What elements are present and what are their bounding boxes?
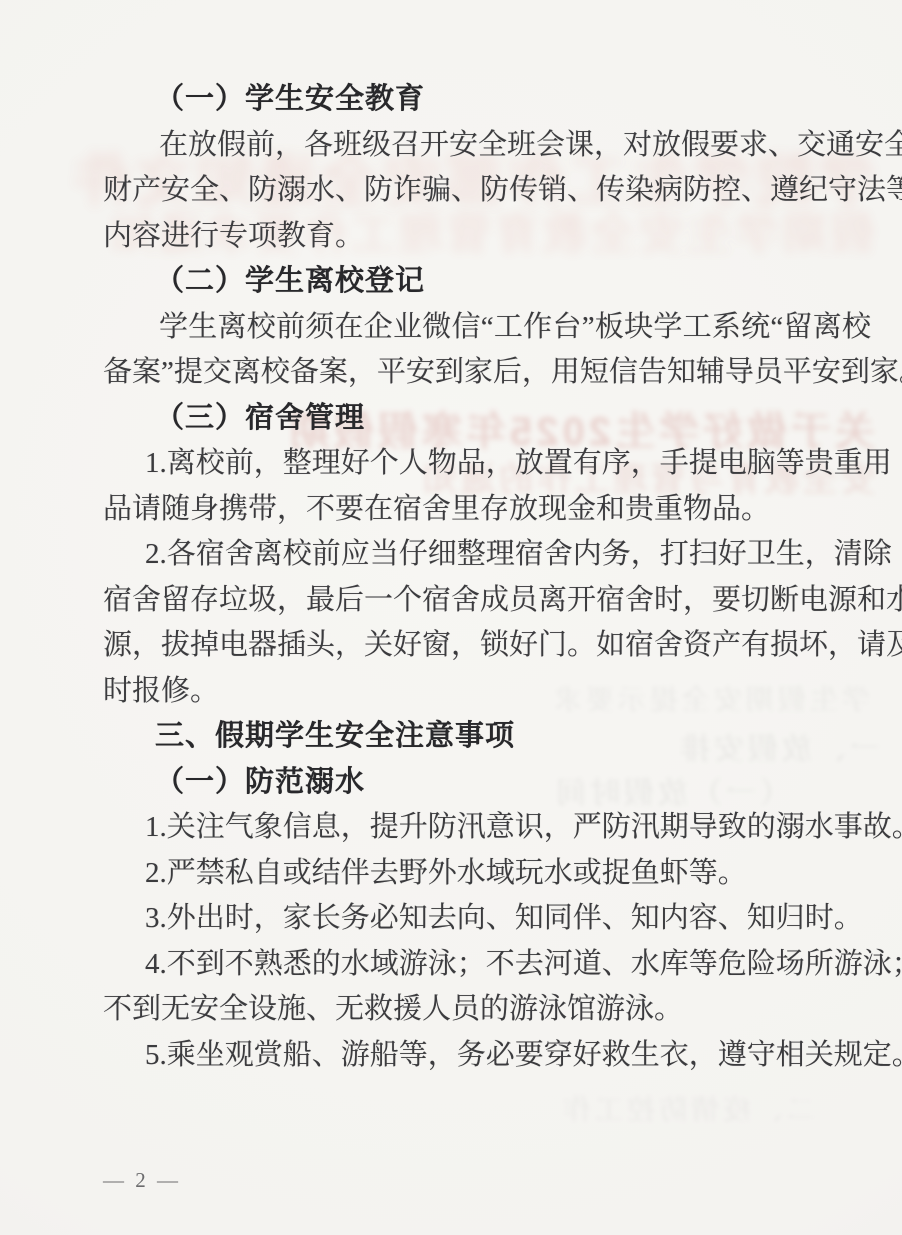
doc-line: 品请随身携带，不要在宿舍里存放现金和贵重物品。 <box>103 487 871 533</box>
doc-line: 在放假前，各班级召开安全班会课，对放假要求、交通安全、 <box>103 123 871 169</box>
doc-line: 宿舍留存垃圾，最后一个宿舍成员离开宿舍时，要切断电源和水 <box>103 578 871 624</box>
scanned-document-page: 学院学生工作部安全通知文件假期学生安全教育管理工作要求通知关于做好学生2025年… <box>0 0 902 1235</box>
doc-line: 4.不到不熟悉的水域游泳；不去河道、水库等危险场所游泳； <box>103 942 871 988</box>
doc-line: 备案”提交离校备案，平安到家后，用短信告知辅导员平安到家。 <box>103 350 871 396</box>
doc-heading: 三、假期学生安全注意事项 <box>103 714 871 760</box>
doc-line: 3.外出时，家长务必知去向、知同伴、知内容、知归时。 <box>103 896 871 942</box>
document-content: （一）学生安全教育在放假前，各班级召开安全班会课，对放假要求、交通安全、财产安全… <box>103 77 871 1078</box>
doc-line: 2.各宿舍离校前应当仔细整理宿舍内务，打扫好卫生，清除 <box>103 532 871 578</box>
doc-heading: （二）学生离校登记 <box>103 259 871 305</box>
page-number: — 2 — <box>103 1168 181 1193</box>
bleedthrough-text: 二、疫情防控工作 <box>505 1088 815 1128</box>
doc-heading: （三）宿舍管理 <box>103 396 871 442</box>
doc-line: 2.严禁私自或结伴去野外水域玩水或捉鱼虾等。 <box>103 851 871 897</box>
doc-line: 不到无安全设施、无救援人员的游泳馆游泳。 <box>103 987 871 1033</box>
doc-line: 时报修。 <box>103 669 871 715</box>
doc-heading: （一）防范溺水 <box>103 760 871 806</box>
doc-line: 1.离校前，整理好个人物品，放置有序，手提电脑等贵重用 <box>103 441 871 487</box>
doc-line: 1.关注气象信息，提升防汛意识，严防汛期导致的溺水事故。 <box>103 805 871 851</box>
doc-line: 源，拔掉电器插头，关好窗，锁好门。如宿舍资产有损坏，请及 <box>103 623 871 669</box>
doc-line: 学生离校前须在企业微信“工作台”板块学工系统“留离校 <box>103 305 871 351</box>
doc-heading: （一）学生安全教育 <box>103 77 871 123</box>
doc-line: 5.乘坐观赏船、游船等，务必要穿好救生衣，遵守相关规定。 <box>103 1033 871 1079</box>
doc-line: 财产安全、防溺水、防诈骗、防传销、传染病防控、遵纪守法等 <box>103 168 871 214</box>
doc-line: 内容进行专项教育。 <box>103 214 871 260</box>
